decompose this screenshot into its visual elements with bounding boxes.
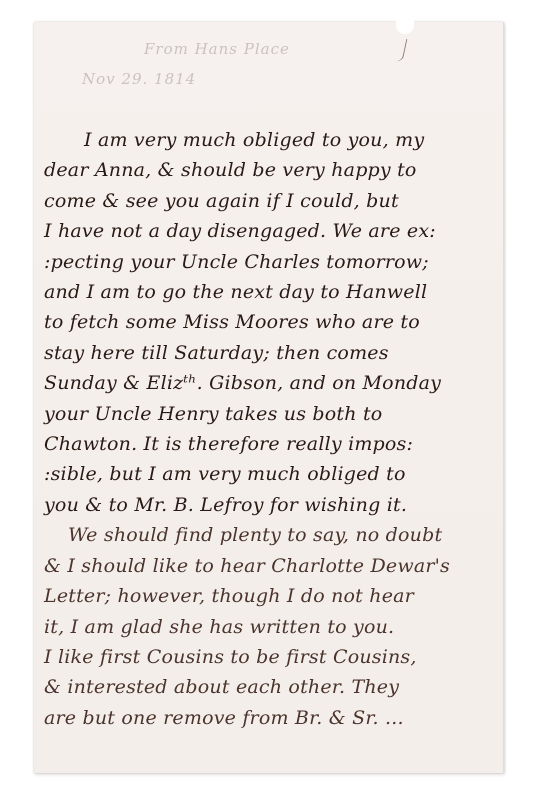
letter-line: it, I am glad she has written to you. xyxy=(34,612,503,642)
letter-line: to fetch some Miss Moores who are to xyxy=(34,307,503,337)
letter-line: Sunday & Elizᵗʰ. Gibson, and on Monday xyxy=(34,368,503,398)
letter-line: are but one remove from Br. & Sr. ... xyxy=(34,703,503,733)
ink-mark xyxy=(396,38,408,63)
letter-line: and I am to go the next day to Hanwell xyxy=(34,277,503,307)
letter-line: I have not a day disengaged. We are ex: xyxy=(34,216,503,246)
paper-notch xyxy=(396,20,414,34)
pencil-annotation-date: Nov 29. 1814 xyxy=(82,70,196,88)
letter-line: I like first Cousins to be first Cousins… xyxy=(34,642,503,672)
letter-line: & I should like to hear Charlotte Dewar'… xyxy=(34,551,503,581)
letter-line: Chawton. It is therefore really impos: xyxy=(34,429,503,459)
letter-line: :sible, but I am very much obliged to xyxy=(34,459,503,489)
letter-line: your Uncle Henry takes us both to xyxy=(34,399,503,429)
letter-line: you & to Mr. B. Lefroy for wishing it. xyxy=(34,490,503,520)
letter-line: Letter; however, though I do not hear xyxy=(34,581,503,611)
letter-line: & interested about each other. They xyxy=(34,672,503,702)
letter-line: come & see you again if I could, but xyxy=(34,186,503,216)
letter-line: dear Anna, & should be very happy to xyxy=(34,155,503,185)
letter-line: We should find plenty to say, no doubt xyxy=(34,520,503,550)
letter-line: I am very much obliged to you, my xyxy=(34,125,503,155)
letter-line: stay here till Saturday; then comes xyxy=(34,338,503,368)
letter-body: I am very much obliged to you, my dear A… xyxy=(34,125,503,733)
letter-line: :pecting your Uncle Charles tomorrow; xyxy=(34,247,503,277)
pencil-annotation-place: From Hans Place xyxy=(144,40,290,58)
letter-page: From Hans Place Nov 29. 1814 I am very m… xyxy=(34,22,504,773)
